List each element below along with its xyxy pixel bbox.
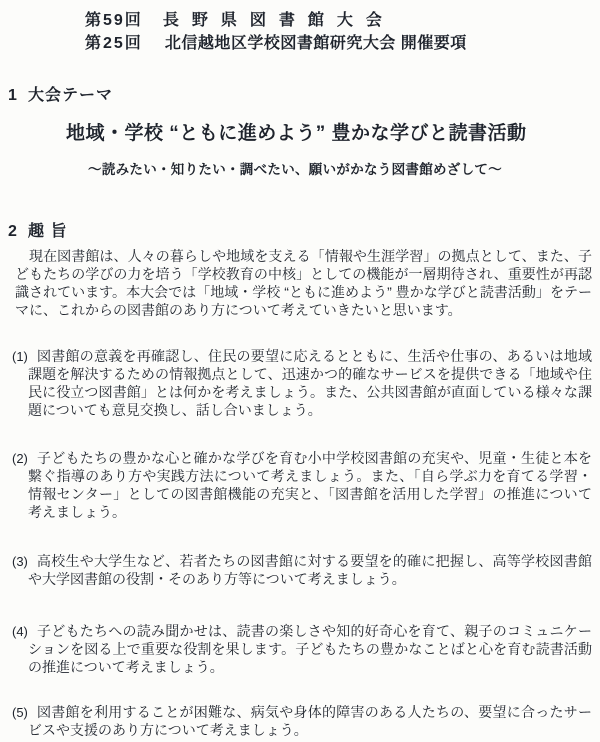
item-text: 子どもたちの豊かな心と確かな学びを育む小中学校図書館の充実や、児童・生徒と本を繋… (28, 449, 592, 521)
theme-section-label: 大会テーマ (28, 87, 113, 104)
purpose-paragraph: 現在図書館は、人々の暮らしや地域を支える「情報や生涯学習」の拠点として、また、子… (15, 247, 592, 319)
header-line2-prefix: 第25回 (85, 35, 143, 52)
header-line1-title: 長野県図書館大会 (163, 12, 395, 29)
list-item: (4) 子どもたちへの読み聞かせは、読書の楽しさや知的好奇心を育て、親子のコミュ… (28, 622, 592, 676)
document-header: 第59回長野県図書館大会 第25回北信越地区学校図書館研究大会 開催要項 (85, 0, 600, 55)
list-item: (3) 高校生や大学生など、若者たちの図書館に対する要望を的確に把握し、高等学校… (28, 552, 592, 588)
header-line2-title: 北信越地区学校図書館研究大会 開催要項 (165, 35, 467, 52)
item-text: 高校生や大学生など、若者たちの図書館に対する要望を的確に把握し、高等学校図書館や… (28, 552, 592, 588)
item-text: 図書館の意義を再確認し、住民の要望に応えるとともに、生活や仕事の、あるいは地域課… (28, 347, 592, 419)
conference-theme-title: 地域・学校 “ともに進めよう” 豊かな学びと読書活動 (66, 118, 600, 145)
item-number: (4) (12, 623, 28, 641)
item-number: (5) (12, 704, 28, 722)
header-line-1: 第59回長野県図書館大会 (85, 9, 600, 32)
conference-theme-subtitle: ～読みたい・知りたい・調べたい、願いがかなう図書館めざして～ (88, 158, 600, 178)
list-item: (1) 図書館の意義を再確認し、住民の要望に応えるとともに、生活や仕事の、あるい… (28, 347, 592, 419)
list-item: (5) 図書館を利用することが困難な、病気や身体的障害のある人たちの、要望に合っ… (28, 703, 592, 739)
item-text: 子どもたちへの読み聞かせは、読書の楽しさや知的好奇心を育て、親子のコミュニケーシ… (28, 622, 592, 676)
header-line-2: 第25回北信越地区学校図書館研究大会 開催要項 (85, 32, 600, 55)
list-item: (2) 子どもたちの豊かな心と確かな学びを育む小中学校図書館の充実や、児童・生徒… (28, 449, 592, 521)
purpose-section-label: 趣 旨 (28, 223, 67, 240)
header-line1-prefix: 第59回 (85, 12, 143, 29)
purpose-section-heading: 2趣 旨 (8, 222, 600, 241)
theme-section-number: 1 (8, 86, 28, 105)
purpose-section-number: 2 (8, 222, 28, 241)
purpose-item-list: (1) 図書館の意義を再確認し、住民の要望に応えるとともに、生活や仕事の、あるい… (28, 347, 592, 739)
item-number: (3) (12, 553, 28, 571)
item-number: (1) (12, 348, 28, 366)
section-purpose: 2趣 旨 現在図書館は、人々の暮らしや地域を支える「情報や生涯学習」の拠点として… (0, 222, 600, 739)
item-number: (2) (12, 450, 28, 468)
section-theme: 1大会テーマ 地域・学校 “ともに進めよう” 豊かな学びと読書活動 ～読みたい・… (0, 86, 600, 178)
document-page: 第59回長野県図書館大会 第25回北信越地区学校図書館研究大会 開催要項 1大会… (0, 0, 600, 742)
item-text: 図書館を利用することが困難な、病気や身体的障害のある人たちの、要望に合ったサービ… (28, 703, 592, 739)
theme-section-heading: 1大会テーマ (8, 86, 600, 105)
